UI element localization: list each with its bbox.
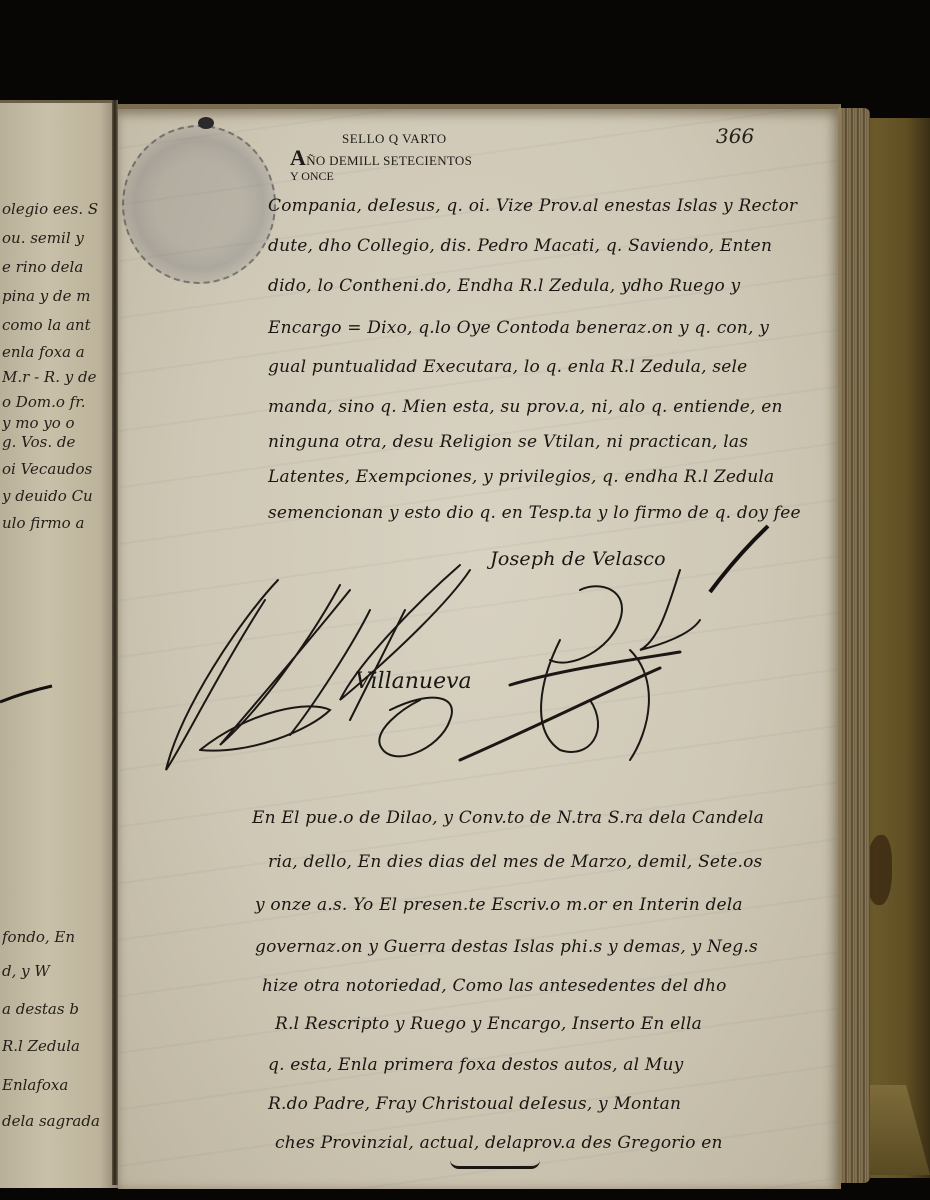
ink-blot xyxy=(198,117,214,129)
left-line: ulo firmo a xyxy=(2,514,114,532)
left-line: dela sagrada xyxy=(2,1112,114,1130)
folio-number: 366 xyxy=(716,124,754,148)
left-line: olegio ees. S xyxy=(2,200,114,218)
text-line: dute, dho Collegio, dis. Pedro Macati, q… xyxy=(268,236,772,256)
left-line: como la ant xyxy=(2,316,114,334)
text-line: dido, lo Contheni.do, Endha R.l Zedula, … xyxy=(268,276,740,296)
left-line: enla foxa a xyxy=(2,343,114,361)
text-line: hize otra notoriedad, Como las anteseden… xyxy=(262,976,727,996)
rubric-signature: Villanueva xyxy=(160,560,760,800)
left-line: R.l Zedula xyxy=(2,1037,114,1055)
manuscript-photo: olegio ees. S ou. semil y e rino dela pi… xyxy=(0,0,930,1200)
left-line: g. Vos. de xyxy=(2,433,114,451)
left-line: e rino dela xyxy=(2,258,114,276)
left-line: d, y W xyxy=(2,962,114,980)
text-line: manda, sino q. Mien esta, su prov.a, ni,… xyxy=(268,397,783,417)
stamp-line-2: AÑO DEMILL SETECIENTOS xyxy=(290,147,472,169)
left-line: a destas b xyxy=(2,1000,114,1018)
left-line: ou. semil y xyxy=(2,229,114,247)
text-line: Latentes, Exempciones, y privilegios, q.… xyxy=(268,467,774,487)
text-line: ninguna otra, desu Religion se Vtilan, n… xyxy=(268,432,748,452)
left-line: M.r - R. y de xyxy=(2,368,114,386)
left-line: Enlafoxa xyxy=(2,1076,114,1094)
stamped-paper-header: SELLO Q VARTO AÑO DEMILL SETECIENTOS Y O… xyxy=(290,132,472,182)
text-line: Encargo = Dixo, q.lo Oye Contoda beneraz… xyxy=(268,318,769,338)
text-line: ria, dello, En dies dias del mes de Marz… xyxy=(268,852,762,872)
stamp-line-1: SELLO Q VARTO xyxy=(342,132,472,145)
text-line: R.do Padre, Fray Christoual deIesus, y M… xyxy=(268,1094,681,1114)
left-line: oi Vecaudos xyxy=(2,460,114,478)
left-line: o Dom.o fr. xyxy=(2,393,114,411)
left-line: fondo, En xyxy=(2,928,114,946)
text-line: y onze a.s. Yo El presen.te Escriv.o m.o… xyxy=(255,895,743,915)
left-line: y deuido Cu xyxy=(2,487,114,505)
text-line: ches Provinzial, actual, delaprov.a des … xyxy=(275,1133,723,1153)
text-line: q. esta, Enla primera foxa destos autos,… xyxy=(268,1055,683,1075)
text-line: governaz.on y Guerra destas Islas phi.s … xyxy=(255,937,758,957)
left-line: y mo yo o xyxy=(2,414,114,432)
stamp-line-3: Y ONCE xyxy=(290,170,472,182)
left-line: pina y de m xyxy=(2,287,114,305)
text-line: Compania, deIesus, q. oi. Vize Prov.al e… xyxy=(268,196,797,216)
text-line: En El pue.o de Dilao, y Conv.to de N.tra… xyxy=(252,808,764,828)
text-line: gual puntualidad Executara, lo q. enla R… xyxy=(268,357,747,377)
ink-seal xyxy=(122,125,276,284)
svg-text:Villanueva: Villanueva xyxy=(355,669,472,694)
text-line: R.l Rescripto y Ruego y Encargo, Inserto… xyxy=(275,1014,702,1034)
left-page-pen-stroke xyxy=(0,680,60,710)
closing-flourish xyxy=(450,1160,540,1169)
